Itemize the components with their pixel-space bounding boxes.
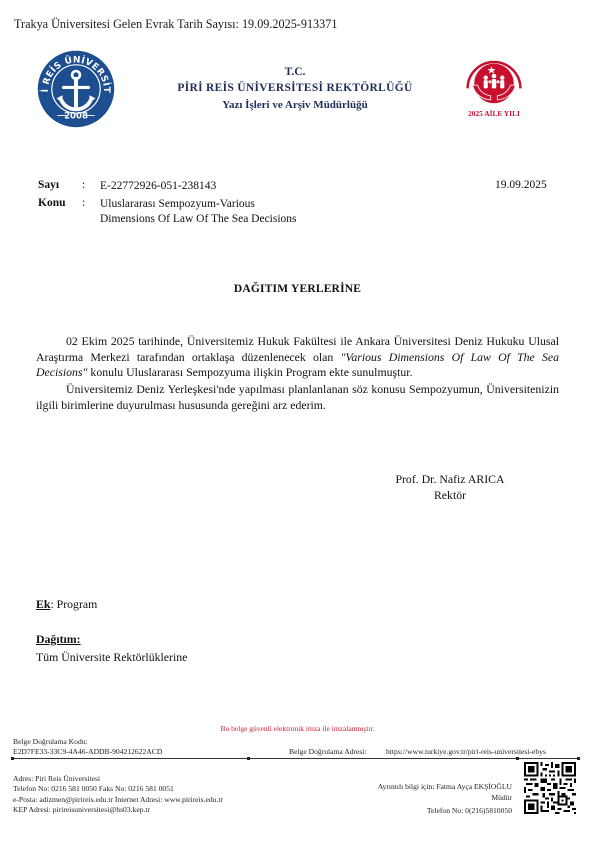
- verify-address-link[interactable]: https://www.turkiye.gov.tr/piri-reis-uni…: [386, 747, 546, 756]
- qr-code-icon: [524, 762, 576, 814]
- contact-role: Müdür: [350, 793, 512, 802]
- attachment: Ek: Program: [36, 597, 97, 612]
- verify-address-label: Belge Doğrulama Adresi:: [289, 747, 367, 756]
- header-department: Yazı İşleri ve Arşiv Müdürlüğü: [150, 99, 440, 111]
- svg-text:2008: 2008: [64, 112, 88, 122]
- distribution-value: Tüm Üniversite Rektörlüklerine: [36, 650, 187, 665]
- footer-divider: [12, 758, 579, 759]
- attachment-value: : Program: [50, 597, 97, 611]
- esignature-notice: Bu belge güvenli elektronik imza ile imz…: [0, 724, 595, 733]
- address-line-2: Telefon No: 0216 581 0050 Faks No: 0216 …: [13, 784, 174, 793]
- konu-colon: :: [82, 197, 85, 209]
- header-institution: PİRİ REİS ÜNİVERSİTESİ REKTÖRLÜĞÜ: [150, 82, 440, 94]
- verify-code: E2D7FE33-33C9-4A46-ADDB-904212622ACD: [13, 747, 162, 756]
- konu-line-2: Dimensions Of Law Of The Sea Decisions: [100, 212, 297, 227]
- distribution-heading: DAĞITIM YERLERİNE: [0, 283, 595, 295]
- divider-dot: [247, 757, 250, 760]
- verify-code-label: Belge Doğrulama Kodu:: [13, 737, 88, 746]
- family-year-caption: 2025 AİLE YILI: [456, 110, 532, 118]
- sayi-value: E-22772926-051-238143: [100, 179, 216, 194]
- address-line-1: Adres: Piri Reis Üniversitesi: [13, 774, 100, 783]
- header-tc: T.C.: [150, 66, 440, 78]
- divider-dot: [516, 757, 519, 760]
- divider-dot: [577, 757, 580, 760]
- attachment-label: Ek: [36, 597, 50, 611]
- family-year-logo: [461, 55, 527, 107]
- sayi-label: Sayı: [38, 179, 59, 191]
- distribution-label-wrap: Dağıtım:: [36, 632, 81, 647]
- body-paragraph-1: 02 Ekim 2025 tarihinde, Üniversitemiz Hu…: [36, 334, 559, 381]
- p1-text-end: konulu Uluslararası Sempozyuma ilişkin P…: [87, 365, 412, 379]
- konu-line-1: Uluslararası Sempozyum-Various: [100, 197, 297, 212]
- divider-dot: [11, 757, 14, 760]
- contact-phone: Telefon No: 0(216)5810050: [350, 806, 512, 815]
- p2-text: Üniversitemiz Deniz Yerleşkesi'nde yapıl…: [36, 382, 559, 412]
- incoming-document-stamp: Trakya Üniversitesi Gelen Evrak Tarih Sa…: [14, 17, 337, 32]
- sayi-colon: :: [82, 179, 85, 191]
- konu-value: Uluslararası Sempozyum-Various Dimension…: [100, 197, 297, 227]
- signatory-title: Rektör: [380, 488, 520, 504]
- piri-reis-university-logo: PİRİ REİS ÜNİVERSİTESİ 2008: [37, 50, 115, 128]
- address-line-3: e-Posta: adizmen@pirireis.edu.tr İnterne…: [13, 795, 223, 804]
- signatory-name: Prof. Dr. Nafiz ARICA: [380, 472, 520, 488]
- document-date: 19.09.2025: [495, 179, 547, 191]
- contact-person: Ayrıntılı bilgi için: Fatma Ayça EKŞİOĞL…: [350, 782, 512, 791]
- body-paragraph-2: Üniversitemiz Deniz Yerleşkesi'nde yapıl…: [36, 382, 559, 413]
- konu-label: Konu: [38, 197, 66, 209]
- distribution-label: Dağıtım:: [36, 632, 81, 646]
- address-line-4: KEP Adresi: pirireisuniversitesi@hs03.ke…: [13, 805, 150, 814]
